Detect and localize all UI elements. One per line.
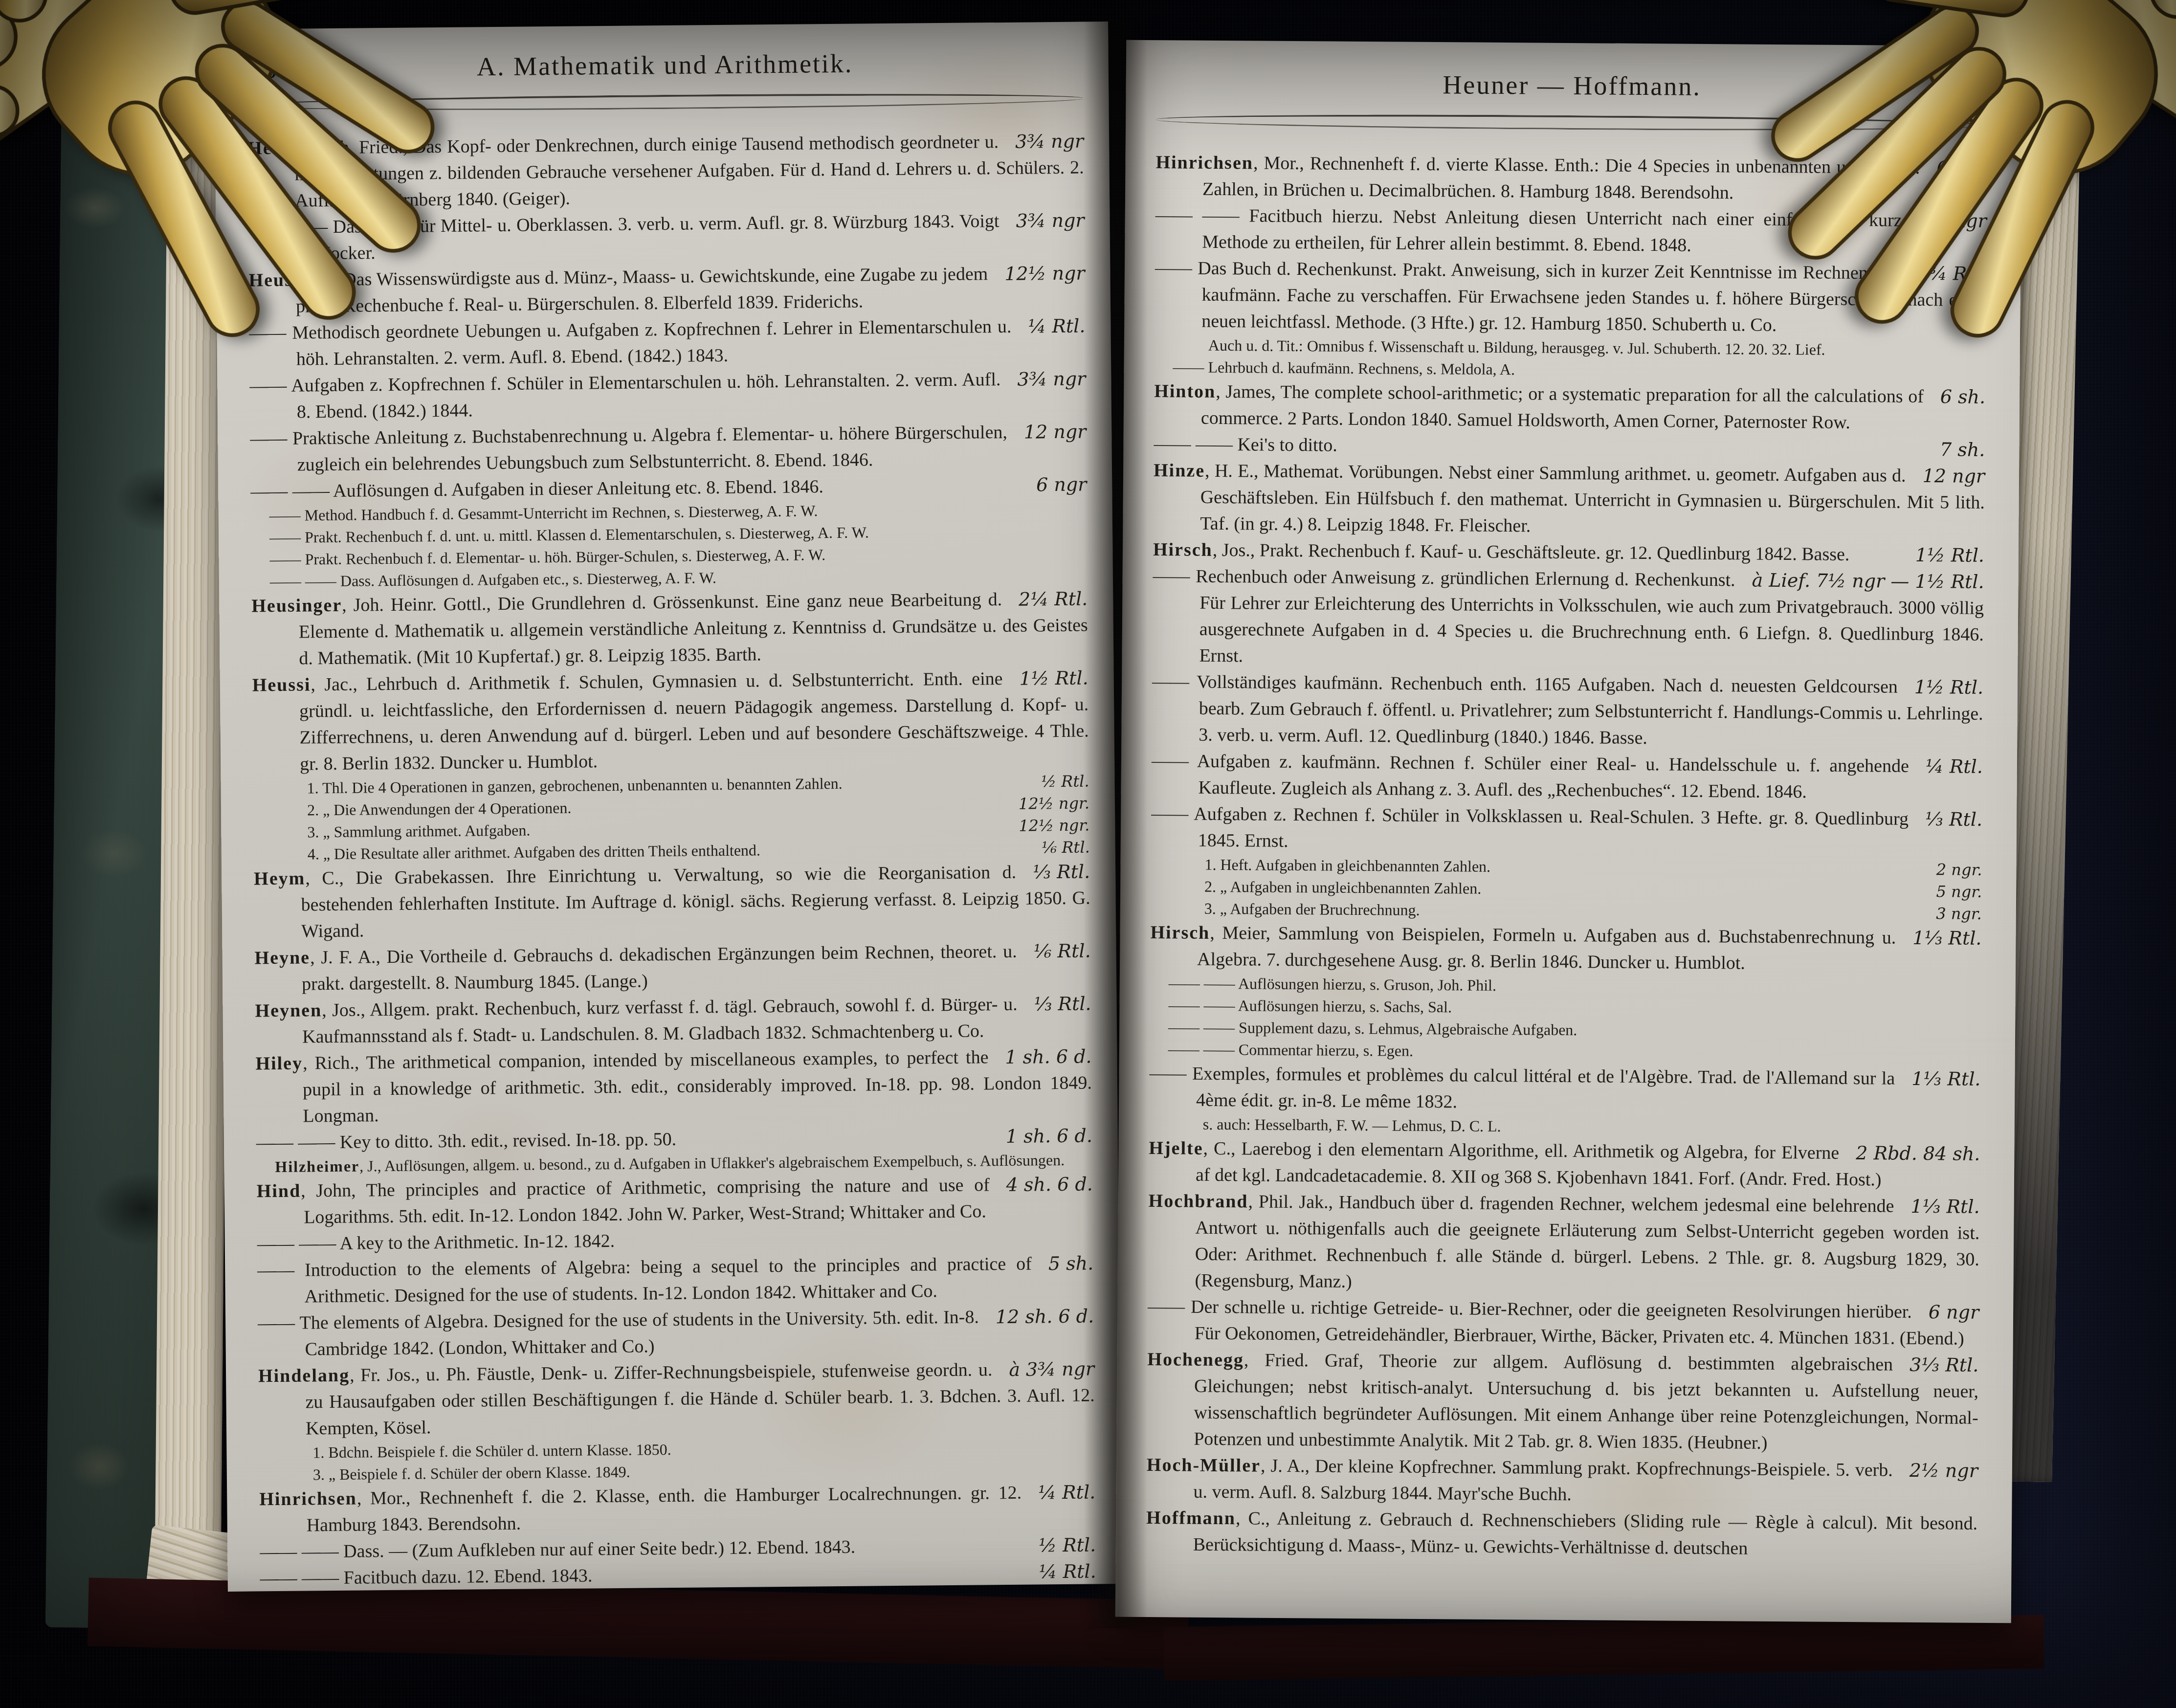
entry-author: Hirsch (1153, 539, 1213, 560)
entry-text: , Joh. Heinr. Gottl., Die Grundlehren d.… (299, 589, 1088, 669)
entry-price: 12½ ngr. (1019, 792, 1089, 815)
entry-text: , James, The complete school-arithmetic;… (1201, 381, 1924, 433)
entry-text: —— Aufgaben z. kaufmänn. Rechnen f. Schü… (1152, 751, 1909, 802)
left-page-entries: 3¾ ngrHeuner, Joh. Fried., Das Kopf- ode… (247, 128, 1096, 1592)
entry-price: 3⅓ Rtl. (1910, 1352, 1979, 1378)
entry-price: 1⅓ Rtl. (1911, 1065, 1981, 1092)
catalog-entry: 5 sh.—— Introduction to the elements of … (257, 1250, 1094, 1310)
entry-author: Hiley (255, 1053, 303, 1074)
entry-text: —— Aufgaben z. Rechnen f. Schüler in Vol… (1151, 803, 1909, 851)
entry-price: 1 sh. 6 d. (1005, 1043, 1092, 1070)
entry-author: Hind (257, 1181, 301, 1202)
entry-author: Heynen (255, 1000, 322, 1021)
entry-price: ⅙ Rtl. (1033, 937, 1090, 964)
entry-price: 5 ngr. (1936, 881, 1982, 903)
catalog-entry: 1⅓ Rtl.Hirsch, Meier, Sammlung von Beisp… (1150, 919, 1982, 978)
entry-text: 1. Heft. Aufgaben in gleichbenannten Zah… (1204, 856, 1490, 875)
entry-text: , J. A., Der kleine Kopfrechner. Sammlun… (1193, 1456, 1893, 1505)
entry-text: —— —— Facitbuch dazu. 12. Ebend. 1843. (260, 1565, 593, 1589)
catalog-entry: 1 sh. 6 d.Hiley, Rich., The arithmetical… (255, 1043, 1092, 1130)
entry-price: 12 ngr (1024, 419, 1087, 445)
entry-author: Hinrichsen (259, 1488, 357, 1510)
catalog-entry: 1⅓ Rtl.—— Exemples, formules et problème… (1149, 1060, 1981, 1119)
catalog-entry: 1½ Rtl.—— Vollständiges kaufmänn. Rechen… (1152, 668, 1983, 754)
catalog-entry: 12 sh. 6 d.—— The elements of Algebra. D… (258, 1303, 1094, 1363)
entry-author: Hoch-Müller (1147, 1455, 1261, 1476)
catalog-entry: 2½ ngrHoch-Müller, J. A., Der kleine Kop… (1146, 1452, 1978, 1510)
entry-price: 2½ ngr (1910, 1457, 1978, 1484)
book-board-bottom-right (1163, 1615, 2044, 1681)
entry-price: ¼ Rtl. (1028, 313, 1085, 340)
entry-author: Heusinger (251, 595, 342, 617)
entry-text: , Fried. Graf, Theorie zur allgem. Auflö… (1194, 1350, 1978, 1453)
entry-price: ⅓ Rtl. (1034, 990, 1091, 1017)
entry-text: , C., Anleitung z. Gebrauch d. Rechnensc… (1193, 1508, 1978, 1558)
entry-price: à Lief. 7½ ngr — 1½ Rtl. (1752, 567, 1984, 595)
entry-text: —— Lehrbuch d. kaufmänn. Rechnens, s. Me… (1173, 358, 1515, 378)
catalog-entry: 1½ Rtl.Heussi, Jac., Lehrbuch d. Arithme… (252, 665, 1089, 777)
entry-price: ½ Rtl. (1041, 770, 1089, 793)
entry-price: 6 ngr (1929, 1299, 1979, 1326)
catalog-entry: 2¼ Rtl.Heusinger, Joh. Heinr. Gottl., Di… (251, 585, 1088, 672)
entry-text: , Rich., The arithmetical companion, int… (303, 1047, 1092, 1126)
catalog-entry: 6 sh.Hinton, James, The complete school-… (1154, 378, 1986, 437)
catalog-entry: à 3¾ ngrHindelang, Fr. Jos., u. Ph. Fäus… (258, 1355, 1095, 1442)
entry-text: , Jos., Allgem. prakt. Rechenbuch, kurz … (302, 994, 1018, 1047)
entry-text: —— —— Kei's to ditto. (1154, 434, 1337, 456)
entry-author: Hirsch (1150, 922, 1210, 943)
catalog-entry: Hoffmann, C., Anleitung z. Gebrauch d. R… (1146, 1505, 1978, 1563)
catalog-entry: 12 ngr—— Praktische Anleitung z. Buchsta… (250, 419, 1087, 479)
entry-price: 2 ngr. (1936, 859, 1982, 881)
entry-price: 6 ngr (1036, 471, 1087, 498)
right-page-entries: 6 ngrHinrichsen, Mor., Rechnenheft f. d.… (1146, 149, 1987, 1563)
entry-text: 3. „ Beispiele f. d. Schüler der obern K… (313, 1463, 630, 1484)
catalog-entry: ⅓ Rtl.Heym, C., Die Grabekassen. Ihre Ei… (254, 858, 1090, 945)
entry-text: —— Exemples, formules et problèmes du ca… (1149, 1063, 1895, 1112)
entry-text: 1. Bdchn. Beispiele f. die Schüler d. un… (312, 1441, 671, 1461)
entry-price: 12½ ngr. (1019, 814, 1089, 837)
entry-text: , Mor., Rechnenheft f. die 2. Klasse, en… (307, 1483, 1022, 1536)
entry-price: ⅓ Rtl. (1033, 858, 1090, 885)
catalog-entry: 2 Rbd. 84 sh.Hjelte, C., Laerebog i den … (1149, 1135, 1980, 1194)
entry-text: , Jac., Lehrbuch d. Arithmetik f. Schule… (299, 668, 1089, 775)
entry-author: Hochenegg (1147, 1349, 1244, 1370)
entry-text: —— —— Dass. Auflösungen d. Aufgaben etc.… (270, 569, 716, 590)
entry-author: Hinton (1154, 381, 1216, 402)
entry-price: ⅙ Rtl. (1042, 836, 1090, 859)
entry-price: 3¾ ngr (1015, 128, 1084, 155)
entry-text: , John, The principles and practice of A… (301, 1175, 990, 1227)
entry-text: —— —— A key to the Arithmetic. In-12. 18… (257, 1231, 615, 1254)
entry-price: 4 sh. 6 d. (1006, 1171, 1093, 1198)
catalog-entry: 1⅓ Rtl.Hochbrand, Phil. Jak., Handbuch ü… (1148, 1188, 1979, 1299)
entry-price: 1½ Rtl. (1019, 665, 1088, 691)
entry-text: —— —— Supplement dazu, s. Lehmus, Algebr… (1168, 1018, 1577, 1039)
entry-text: —— Praktische Anleitung z. Buchstabenrec… (250, 422, 1007, 475)
entry-author: Hinrichsen (1155, 152, 1253, 173)
entry-text: , C., Die Grabekassen. Ihre Einrichtung … (301, 862, 1090, 942)
entry-author: Heyne (254, 947, 310, 968)
entry-author: Hoffmann (1146, 1508, 1236, 1529)
catalog-entry: ⅓ Rtl.Heynen, Jos., Allgem. prakt. Reche… (255, 990, 1091, 1050)
entry-price: 3¾ ngr (1016, 207, 1085, 234)
catalog-entry: ¼ Rtl.—— Methodisch geordnete Uebungen u… (249, 313, 1086, 373)
entry-text: —— Vollständiges kaufmänn. Rechenbuch en… (1152, 671, 1983, 748)
entry-price: 3¾ ngr (1017, 366, 1086, 393)
entry-text: —— —— Key to ditto. 3th. edit., revised.… (256, 1129, 676, 1153)
entry-text: 2. „ Die Anwendungen der 4 Operationen. (307, 799, 572, 819)
entry-text: —— Method. Handbuch f. d. Gesammt-Unterr… (269, 502, 818, 524)
entry-text: , Jos., Prakt. Rechenbuch f. Kauf- u. Ge… (1213, 540, 1850, 565)
entry-text: , H. E., Mathemat. Vorübungen. Nebst ein… (1200, 461, 1985, 536)
entry-price: 12 ngr (1923, 463, 1985, 489)
entry-text: —— Aufgaben z. Kopfrechnen f. Schüler in… (249, 369, 1000, 422)
catalog-entry: 6 ngr—— Der schnelle u. richtige Getreid… (1148, 1293, 1979, 1352)
catalog-entry: 3⅓ Rtl.Hochenegg, Fried. Graf, Theorie z… (1147, 1346, 1978, 1458)
entry-author: Hindelang (258, 1365, 350, 1387)
entry-text: —— —— Auflösungen d. Aufgaben in dieser … (250, 476, 823, 502)
entry-price: 12 sh. 6 d. (996, 1303, 1094, 1330)
entry-price: 1½ Rtl. (1915, 542, 1985, 569)
catalog-entry: 3¾ ngr—— Aufgaben z. Kopfrechnen f. Schü… (249, 366, 1086, 426)
entry-text: —— Der schnelle u. richtige Getreide- u.… (1148, 1296, 1964, 1349)
catalog-entry: ⅙ Rtl.Heyne, J. F. A., Die Vortheile d. … (254, 937, 1091, 998)
entry-text: —— Prakt. Rechenbuch f. d. Elementar- u.… (269, 546, 825, 568)
entry-author: Heym (254, 868, 305, 889)
entry-text: —— Introduction to the elements of Algeb… (257, 1254, 1032, 1307)
entry-price: 3 ngr. (1936, 903, 1982, 925)
entry-author: Hinze (1154, 460, 1205, 481)
entry-text: 3. „ Aufgaben der Bruchrechnung. (1204, 900, 1420, 919)
entry-price: 1⅓ Rtl. (1910, 1193, 1980, 1220)
book-board-bottom-left (88, 1577, 1189, 1669)
entry-price: 2 Rbd. 84 sh. (1856, 1140, 1980, 1167)
entry-text: 1. Thl. Die 4 Operationen in ganzen, geb… (307, 775, 842, 797)
entry-text: , Meier, Sammlung von Beispielen, Formel… (1197, 923, 1896, 974)
entry-price: 1½ Rtl. (1914, 674, 1984, 701)
catalog-entry: ⅓ Rtl.—— Aufgaben z. Rechnen f. Schüler … (1151, 800, 1983, 859)
catalog-entry: ¼ Rtl.Hinrichsen, Mor., Rechnenheft f. d… (259, 1479, 1096, 1539)
entry-price: 2¼ Rtl. (1019, 585, 1088, 612)
entry-price: 1⅓ Rtl. (1912, 925, 1982, 952)
entry-text: —— —— Dass. — (Zum Aufkleben nur auf ein… (260, 1537, 855, 1563)
entry-price: ⅓ Rtl. (1925, 806, 1982, 833)
entry-text: —— —— Auflösungen hierzu, s. Gruson, Joh… (1169, 974, 1496, 994)
entry-text: —— —— Auflösungen hierzu, s. Sachs, Sal. (1168, 996, 1452, 1016)
entry-text: —— —— Commentar hierzu, s. Egen. (1168, 1040, 1413, 1059)
entry-author: Hilzheimer (275, 1157, 359, 1176)
entry-text: 4. „ Die Resultate aller arithmet. Aufga… (308, 841, 761, 863)
book-gutter-shadow (1084, 20, 1147, 1628)
entry-text: —— Prakt. Rechenbuch f. d. unt. u. mittl… (269, 523, 869, 546)
entry-text: , C., Laerebog i den elementarn Algorith… (1196, 1138, 1882, 1190)
entry-text: 3. „ Sammlung arithmet. Aufgaben. (307, 821, 530, 841)
entry-price: à 3¾ ngr (1009, 1355, 1094, 1383)
entry-text: 2. „ Aufgaben in ungleichbenannten Zahle… (1204, 878, 1481, 897)
entry-price: ¼ Rtl. (1926, 753, 1983, 780)
entry-price: 1 sh. 6 d. (1006, 1122, 1093, 1150)
entry-author: Hochbrand (1149, 1191, 1248, 1212)
entry-text: Auch u. d. Tit.: Omnibus f. Wissenschaft… (1208, 336, 1825, 358)
entry-text: , J., Auflösungen, allgem. u. besond., z… (359, 1151, 1065, 1175)
entry-text: , Phil. Jak., Handbuch über d. fragenden… (1195, 1191, 1979, 1291)
book-photograph: 46 A. Mathematik und Arithmetik. 3¾ ngrH… (0, 0, 2176, 1708)
entry-author: Hjelte (1149, 1138, 1203, 1159)
catalog-entry: 12 ngrHinze, H. E., Mathemat. Vorübungen… (1153, 457, 1985, 542)
entry-text: , Fr. Jos., u. Ph. Fäustle, Denk- u. Zif… (305, 1359, 1094, 1439)
entry-text: —— The elements of Algebra. Designed for… (258, 1307, 979, 1359)
catalog-entry: ¼ Rtl.—— Aufgaben z. kaufmänn. Rechnen f… (1151, 748, 1983, 806)
entry-text: , J. F. A., Die Vortheile d. Gebrauchs d… (302, 941, 1017, 995)
catalog-entry: à Lief. 7½ ngr — 1½ Rtl.—— Rechenbuch od… (1152, 563, 1984, 674)
entry-price: 12½ ngr (1004, 260, 1085, 287)
entry-text: s. auch: Hesselbarth, F. W. — Lehmus, D.… (1203, 1115, 1501, 1135)
catalog-entry: 4 sh. 6 d.Hind, John, The principles and… (257, 1171, 1093, 1231)
entry-author: Heussi (252, 674, 311, 695)
